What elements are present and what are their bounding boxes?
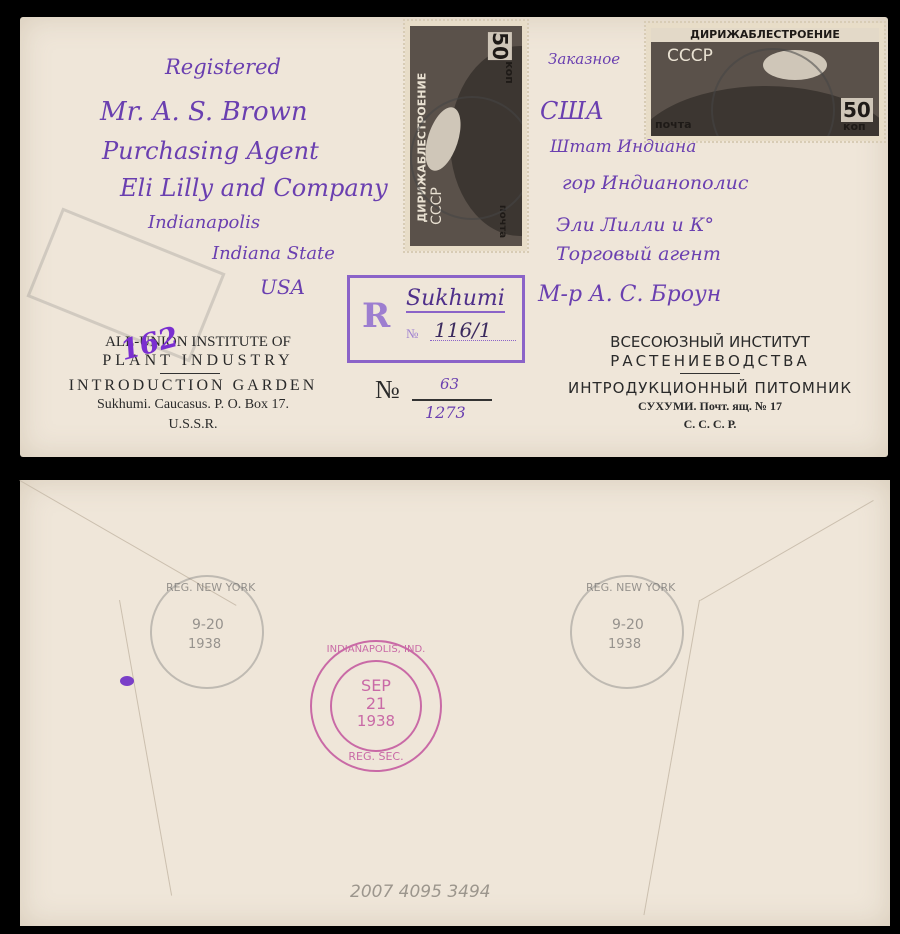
address-en-line-2: Mr. A. S. Brown [100,97,308,127]
stamp-1-unit: коп [503,61,516,84]
stamp-2-top-text: ДИРИЖАБЛЕСТРОЕНИЕ [651,28,879,42]
sender-en-line-3: INTRODUCTION GARDEN [38,377,348,395]
address-ru-line-6: Торговый агент [556,243,721,265]
transit-cancel-left: REG. NEW YORK 9-20 1938 [150,575,264,689]
sender-ru-line-4: СУХУМИ. Почт. ящ. № 17 [550,399,870,414]
registration-label: R Sukhumi № 116/1 [347,275,525,363]
number-numerator: 63 [440,375,459,393]
sender-ru-line-5: С. С. С. Р. [550,417,870,432]
sender-en-line-4: Sukhumi. Caucasus. P. O. Box 17. [38,397,348,413]
stamp-2-unit: коп [843,120,866,133]
transit-cancel-right-date: 9-20 [612,617,644,633]
address-en-line-3: Purchasing Agent [102,137,319,165]
address-en-line-1: Registered [165,55,281,79]
sender-ru-line-3: ИНТРОДУКЦИОННЫЙ ПИТОМНИК [530,379,890,397]
divider [160,373,220,374]
address-ru-line-1: Заказное [548,50,620,68]
envelope-front: Registered Mr. A. S. Brown Purchasing Ag… [20,17,888,457]
sender-en-line-5: U.S.S.R. [38,417,348,433]
ink-blot [120,676,134,686]
stamp-1-value: 50 [488,32,512,60]
cancel-day: 21 [312,694,440,713]
address-ru-line-7: М-р А. С. Броун [538,282,721,307]
registration-number: 116/1 [434,318,492,342]
address-en-line-5: Indianapolis [148,212,260,233]
number-symbol: № [375,375,400,405]
airship-stamp-horizontal: ДИРИЖАБЛЕСТРОЕНИЕ СССР 50 коп почта [646,23,884,141]
envelope-back: REG. NEW YORK 9-20 1938 REG. NEW YORK 9-… [20,480,890,926]
sender-ru-line-1: ВСЕСОЮЗНЫЙ ИНСТИТУТ [550,333,870,351]
airship-stamp-vertical: ДИРИЖАБЛЕСТРОЕНИЕ СССР 50 коп почта [405,21,527,251]
registration-office: Sukhumi [406,286,505,313]
address-en-line-7: USA [260,275,305,299]
number-denominator: 1273 [425,403,466,422]
address-ru-line-3: Штат Индиана [550,137,696,157]
cancel-month: SEP [312,676,440,695]
transit-cancel-left-text: REG. NEW YORK [166,581,255,594]
divider [680,373,740,374]
transit-cancel-right: REG. NEW YORK 9-20 1938 [570,575,684,689]
stamp-2-country: СССР [667,46,713,66]
address-en-line-6: Indiana State [212,243,335,264]
transit-cancel-left-year: 1938 [188,637,221,652]
sender-en-line-1: ALL-UNION INSTITUTE OF [58,334,338,351]
indianapolis-receiving-cancel: INDIANAPOLIS, IND. SEP 21 1938 REG. SEC. [310,640,442,772]
transit-cancel-right-year: 1938 [608,637,641,652]
stamp-2-label: почта [655,118,692,131]
address-ru-line-4: гор Индианополис [562,172,749,194]
cancel-year: 1938 [312,712,440,730]
cancel-ring-bottom: REG. SEC. [312,750,440,763]
stamp-1-postmark [410,96,527,220]
pencil-inventory-note: 2007 4095 3494 [350,882,491,902]
address-ru-line-5: Эли Лилли и К° [556,214,714,236]
number-fraction-line [412,399,492,401]
cancel-ring-top: INDIANAPOLIS, IND. [318,644,434,655]
sender-en-line-2: PLANT INDUSTRY [58,352,338,370]
transit-cancel-right-text: REG. NEW YORK [586,581,675,594]
registration-letter: R [362,296,390,336]
transit-cancel-left-date: 9-20 [192,617,224,633]
address-ru-line-2: США [540,97,604,125]
address-en-line-4: Eli Lilly and Company [120,174,388,202]
registration-no-label: № [406,326,418,342]
flap-edge [700,500,874,601]
stamp-2-value: 50 [841,98,873,122]
sender-ru-line-2: РАСТЕНИЕВОДСТВА [550,352,870,370]
